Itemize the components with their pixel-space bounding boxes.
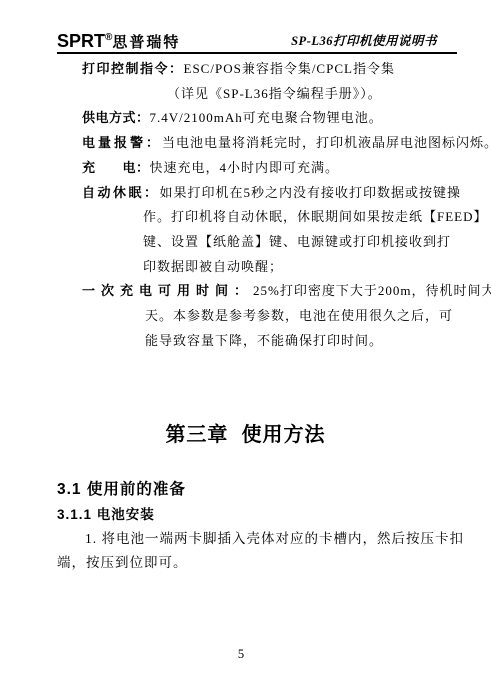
spec-text: 快速充电，4小时内即可充满。 <box>150 160 340 175</box>
paragraph-line: 端，按压到位即可。 <box>57 551 459 575</box>
spec-text: ESC/POS兼容指令集/CPCL指令集 <box>184 61 395 76</box>
spec-line: 作。打印机将自动休眠，休眠期间如果按走纸【FEED】 <box>57 205 459 230</box>
section-heading: 3.1 使用前的准备 <box>57 477 186 499</box>
spec-text: 7.4V/2100mAh可充电聚合物锂电池。 <box>150 110 383 125</box>
logo-latin: SPRT <box>57 31 105 51</box>
body-paragraph: 1. 将电池一端两卡脚插入壳体对应的卡槽内，然后按压卡扣 端，按压到位即可。 <box>57 527 459 576</box>
spec-line: 供电方式：7.4V/2100mAh可充电聚合物锂电池。 <box>57 106 459 131</box>
page-header: SPRT®思普瑞特 SP-L36打印机使用说明书 <box>57 25 457 54</box>
manual-page: SPRT®思普瑞特 SP-L36打印机使用说明书 打印控制指令：ESC/POS兼… <box>0 0 491 695</box>
spec-text: 25%打印密度下大于200m，待机时间大于4 <box>253 283 491 298</box>
paragraph-line: 1. 将电池一端两卡脚插入壳体对应的卡槽内，然后按压卡扣 <box>57 527 459 551</box>
spec-line: 天。本参数是参考参数，电池在使用很久之后，可 <box>57 304 459 329</box>
spec-text: 如果打印机在5秒之内没有接收打印数据或按键操 <box>160 185 462 200</box>
printer-spec-list: 打印控制指令：ESC/POS兼容指令集/CPCL指令集 （详见《SP-L36指令… <box>57 57 459 353</box>
spec-line: 充 电：快速充电，4小时内即可充满。 <box>57 156 459 181</box>
logo-chinese: 思普瑞特 <box>112 34 180 51</box>
spec-label: 打印控制指令： <box>82 61 184 76</box>
spec-label: 电量报警： <box>82 135 162 150</box>
spec-line: 打印控制指令：ESC/POS兼容指令集/CPCL指令集 <box>57 57 459 82</box>
spec-line: 电量报警：当电池电量将消耗完时，打印机液晶屏电池图标闪烁。 <box>57 131 459 156</box>
brand-logo: SPRT®思普瑞特 <box>57 32 180 52</box>
spec-line: 自动休眠：如果打印机在5秒之内没有接收打印数据或按键操 <box>57 181 459 206</box>
spec-label: 充 电： <box>82 160 150 175</box>
doc-title: SP-L36打印机使用说明书 <box>291 31 457 52</box>
page-number: 5 <box>0 647 482 662</box>
spec-label: 自动休眠： <box>82 185 160 200</box>
spec-line: 印数据即被自动唤醒； <box>57 255 459 280</box>
spec-line: （详见《SP-L36指令编程手册》）。 <box>57 82 459 107</box>
spec-text: 当电池电量将消耗完时，打印机液晶屏电池图标闪烁。 <box>162 135 491 150</box>
spec-label: 供电方式： <box>82 110 150 125</box>
spec-line: 一次充电可用时间：25%打印密度下大于200m，待机时间大于4 <box>57 279 459 304</box>
spec-line: 键、设置【纸舱盖】键、电源键或打印机接收到打 <box>57 230 459 255</box>
spec-label: 一次充电可用时间： <box>82 283 253 298</box>
chapter-heading: 第三章 使用方法 <box>0 418 491 447</box>
subsection-heading: 3.1.1 电池安装 <box>57 503 155 523</box>
spec-line: 能导致容量下降，不能确保打印时间。 <box>57 329 459 354</box>
